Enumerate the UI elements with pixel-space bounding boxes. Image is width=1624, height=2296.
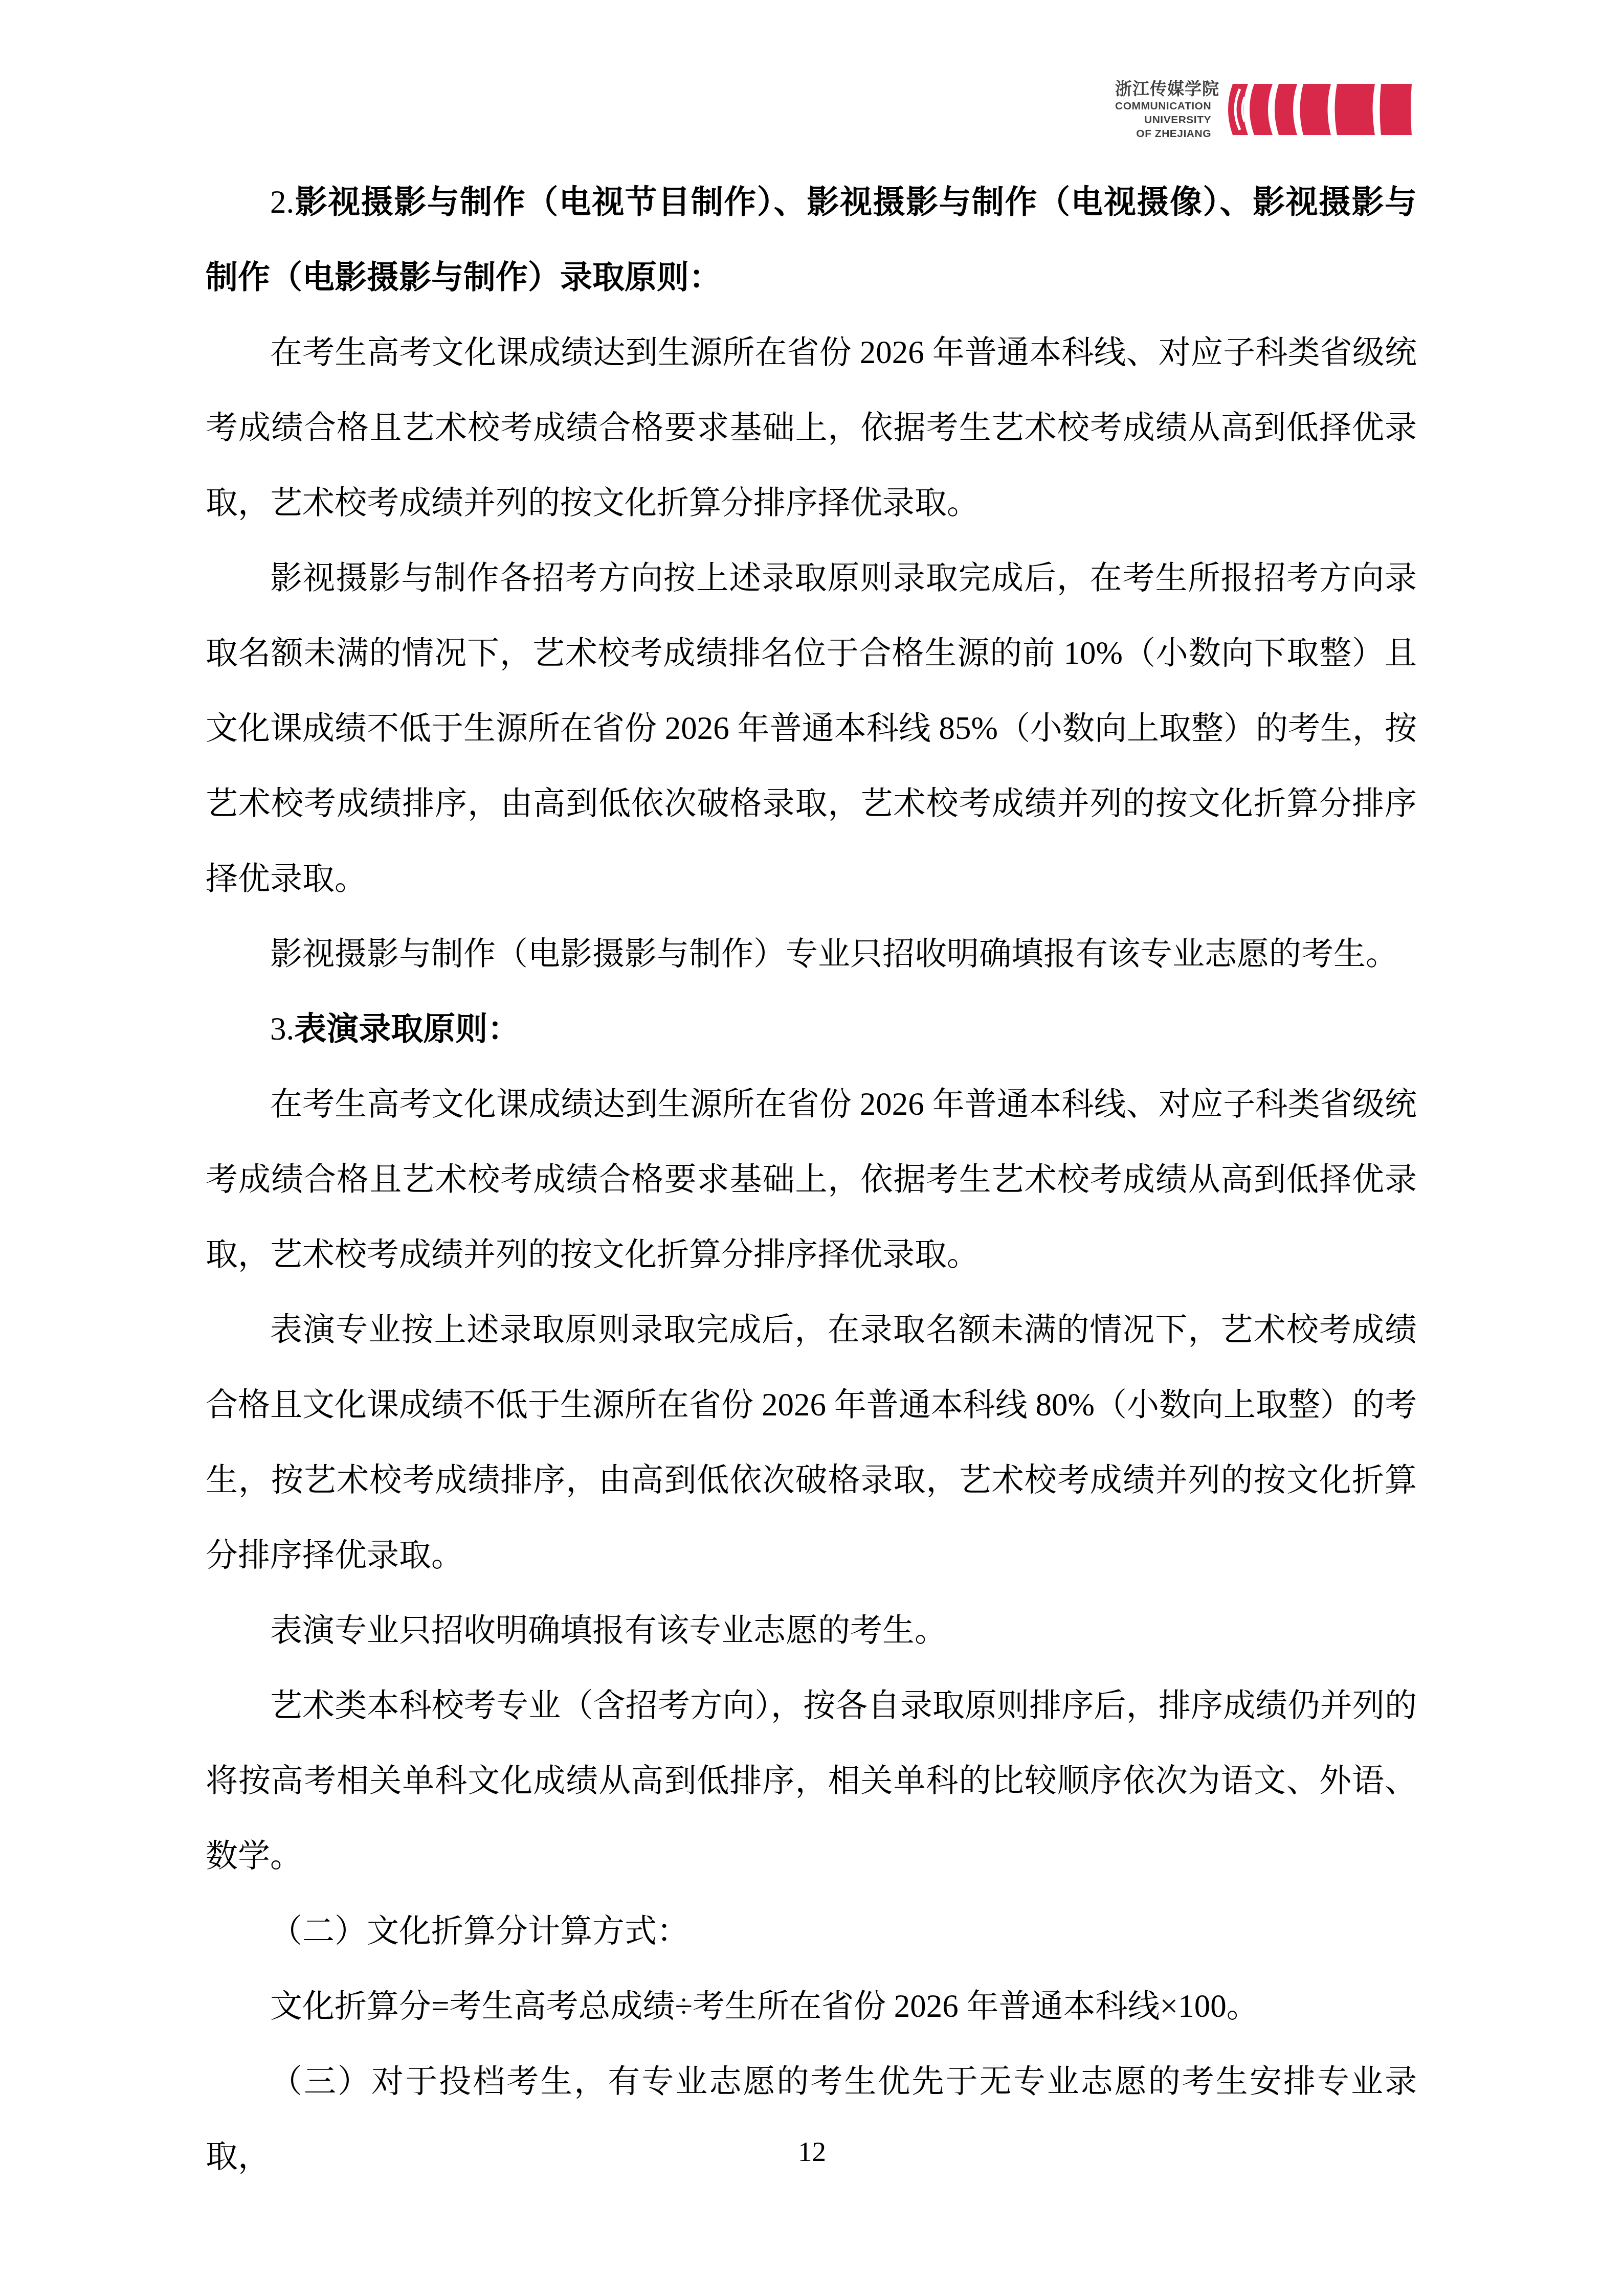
university-logo: 浙江传媒学院 COMMUNICATION UNIVERSITY OF ZHEJI… xyxy=(1115,80,1412,141)
heading-number: 3. xyxy=(270,1011,294,1047)
heading-text: 表演录取原则： xyxy=(294,1011,520,1047)
document-body: 2.影视摄影与制作（电视节目制作）、影视摄影与制作（电视摄像）、影视摄影与制作（… xyxy=(206,165,1417,2194)
paragraph-formula: 文化折算分=考生高考总成绩÷考生所在省份 2026 年普通本科线×100。 xyxy=(206,1969,1417,2044)
heading-text: 影视摄影与制作（电视节目制作）、影视摄影与制作（电视摄像）、影视摄影与制作（电影… xyxy=(206,184,1417,295)
logo-en-line1: COMMUNICATION xyxy=(1115,99,1211,113)
page-number: 12 xyxy=(798,2136,826,2167)
paragraph-quota-exception: 影视摄影与制作各招考方向按上述录取原则录取完成后，在考生所报招考方向录取名额未满… xyxy=(206,541,1417,916)
paragraph-formula-title: （二）文化折算分计算方式： xyxy=(206,1894,1417,1969)
section-heading-3: 3.表演录取原则： xyxy=(206,992,1417,1067)
paragraph-admission-rule: 在考生高考文化课成绩达到生源所在省份 2026 年普通本科线、对应子科类省级统考… xyxy=(206,315,1417,541)
paragraph-performance-rule: 在考生高考文化课成绩达到生源所在省份 2026 年普通本科线、对应子科类省级统考… xyxy=(206,1067,1417,1292)
heading-number: 2. xyxy=(270,184,294,220)
paragraph-film-major-note: 影视摄影与制作（电影摄影与制作）专业只招收明确填报有该专业志愿的考生。 xyxy=(206,916,1417,992)
page-footer: 12 xyxy=(0,2131,1624,2172)
logo-wave-icon xyxy=(1221,84,1412,135)
logo-en-line2: UNIVERSITY xyxy=(1115,113,1211,127)
paragraph-performance-exception: 表演专业按上述录取原则录取完成后，在录取名额未满的情况下，艺术校考成绩合格且文化… xyxy=(206,1292,1417,1593)
paragraph-performance-note: 表演专业只招收明确填报有该专业志愿的考生。 xyxy=(206,1593,1417,1668)
paragraph-tiebreak-rule: 艺术类本科校考专业（含招考方向），按各自录取原则排序后，排序成绩仍并列的将按高考… xyxy=(206,1668,1417,1894)
document-page: 浙江传媒学院 COMMUNICATION UNIVERSITY OF ZHEJI… xyxy=(0,0,1624,2296)
section-heading-2: 2.影视摄影与制作（电视节目制作）、影视摄影与制作（电视摄像）、影视摄影与制作（… xyxy=(206,165,1417,315)
logo-en-line3: OF ZHEJIANG xyxy=(1115,127,1211,141)
logo-text-block: 浙江传媒学院 COMMUNICATION UNIVERSITY OF ZHEJI… xyxy=(1115,80,1211,141)
logo-cn-name: 浙江传媒学院 xyxy=(1115,80,1211,99)
